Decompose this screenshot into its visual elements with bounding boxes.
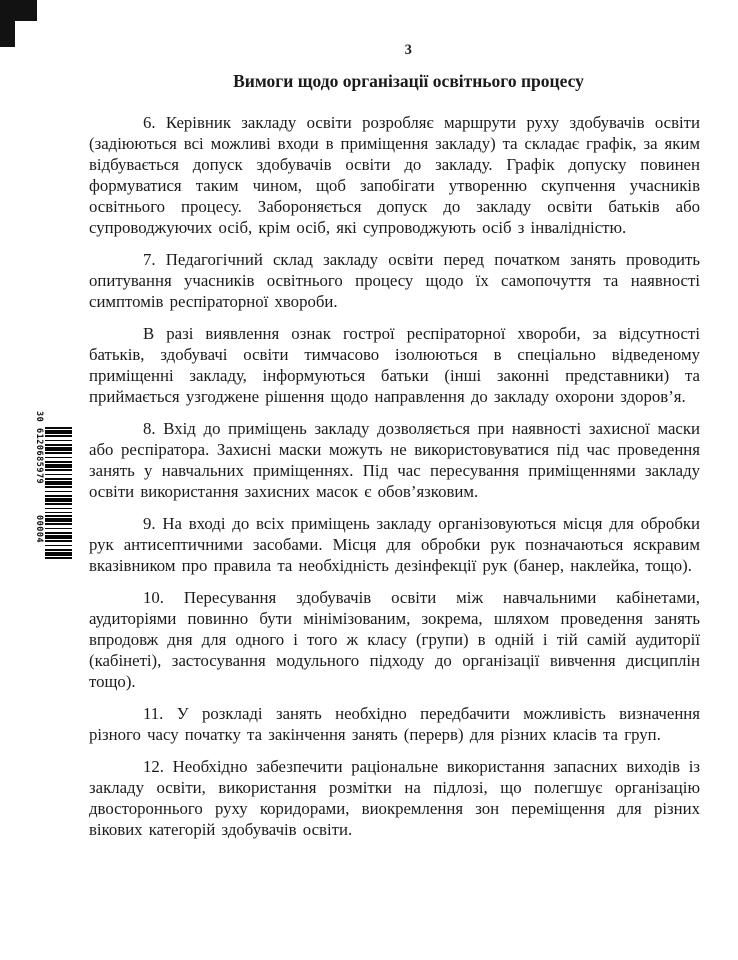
body-text: 6. Керівник закладу освіти розробляє мар… bbox=[89, 112, 700, 840]
barcode-bottom-digits: 00004 bbox=[33, 515, 44, 561]
document-page: 30 6120685979 00004 3 Вимоги щодо органі… bbox=[0, 0, 738, 960]
paragraph-6: 6. Керівник закладу освіти розробляє мар… bbox=[89, 112, 700, 238]
barcode-bars-bottom bbox=[45, 515, 72, 561]
barcode-bars-main bbox=[45, 427, 72, 513]
barcode: 30 6120685979 00004 bbox=[33, 411, 73, 561]
paragraph-9: 9. На вході до всіх приміщень закладу ор… bbox=[89, 513, 700, 576]
paragraph-10: 10. Пересування здобувачів освіти між на… bbox=[89, 587, 700, 692]
paragraph-11: 11. У розкладі занять необхідно передбач… bbox=[89, 703, 700, 745]
paragraph-7-continuation: В разі виявлення ознак гострої респірато… bbox=[89, 323, 700, 407]
document-content: 3 Вимоги щодо організації освітнього про… bbox=[89, 42, 700, 851]
page-title: Вимоги щодо організації освітнього проце… bbox=[103, 71, 714, 92]
barcode-top-digits: 30 bbox=[33, 411, 44, 427]
paragraph-12: 12. Необхідно забезпечити раціональне ви… bbox=[89, 756, 700, 840]
barcode-main-digits: 6120685979 bbox=[33, 428, 44, 513]
scan-corner-artifact bbox=[0, 0, 37, 47]
paragraph-7: 7. Педагогічний склад закладу освіти пер… bbox=[89, 249, 700, 312]
page-number: 3 bbox=[103, 42, 714, 59]
paragraph-8: 8. Вхід до приміщень закладу дозволяєтьс… bbox=[89, 418, 700, 502]
